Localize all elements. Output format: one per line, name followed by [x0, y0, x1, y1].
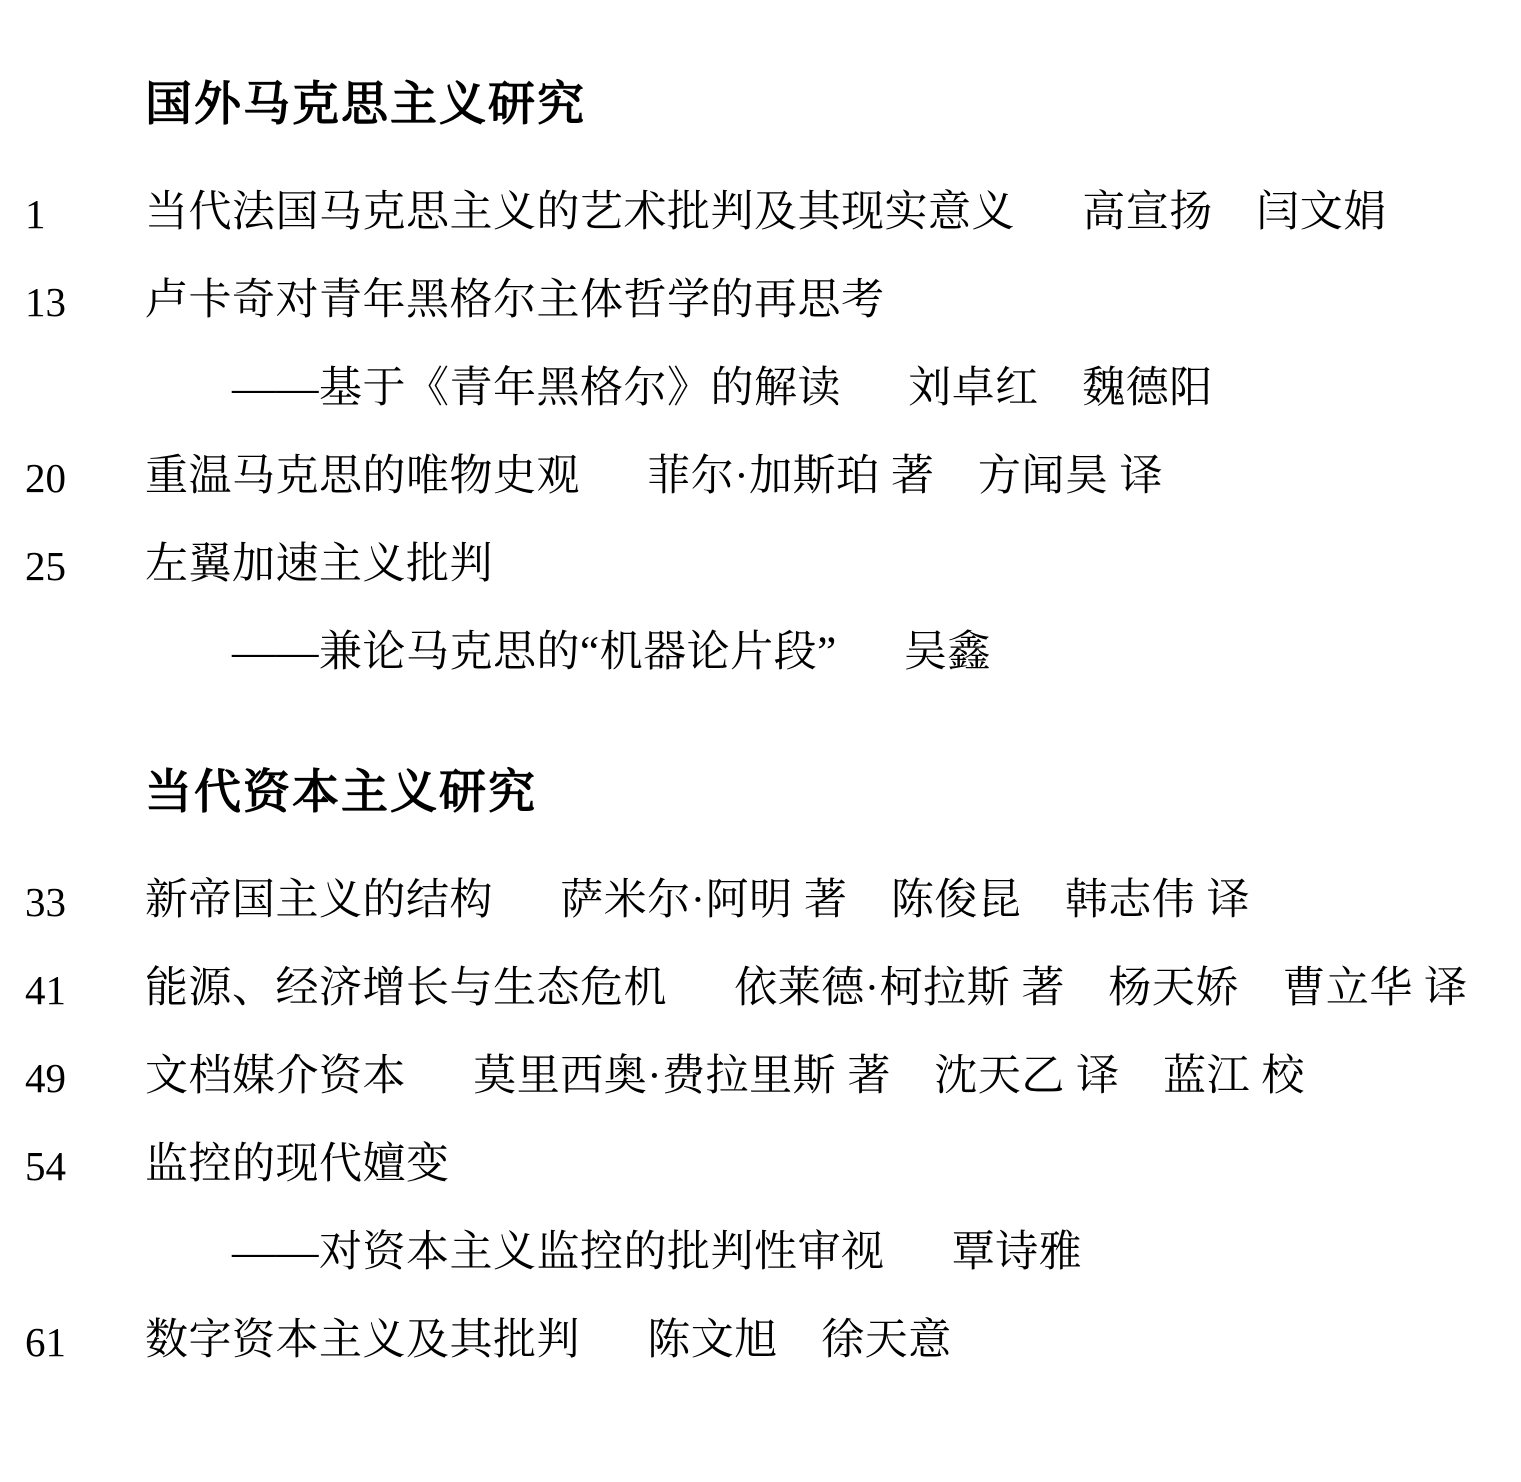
article-authors: 陈文旭 徐天意	[647, 1318, 952, 1364]
article-authors: 莫里西奥·费拉里斯 著 沈天乙 译 蓝江 校	[473, 1054, 1305, 1100]
toc-entry: 1 当代法国马克思主义的艺术批判及其现实意义 高宣扬 闫文娟	[0, 190, 1521, 236]
page-number: 13	[25, 279, 66, 325]
toc-page: 国外马克思主义研究 1 当代法国马克思主义的艺术批判及其现实意义 高宣扬 闫文娟…	[0, 0, 1521, 1482]
section-contemporary-capitalism: 当代资本主义研究 33 新帝国主义的结构 萨米尔·阿明 著 陈俊昆 韩志伟 译 …	[0, 760, 1521, 1364]
article-title: 能源、经济增长与生态危机	[145, 966, 667, 1012]
article-title: 数字资本主义及其批判	[145, 1318, 580, 1364]
page-number: 49	[25, 1055, 66, 1101]
article-authors: 刘卓红 魏德阳	[908, 366, 1213, 412]
article-title: 当代法国马克思主义的艺术批判及其现实意义	[145, 190, 1015, 236]
toc-entry: 61 数字资本主义及其批判 陈文旭 徐天意	[0, 1318, 1521, 1364]
toc-entry: 49 文档媒介资本 莫里西奥·费拉里斯 著 沈天乙 译 蓝江 校	[0, 1054, 1521, 1100]
toc-entry: 25 左翼加速主义批判	[0, 542, 1521, 588]
toc-entry: 13 卢卡奇对青年黑格尔主体哲学的再思考	[0, 278, 1521, 324]
page-number: 61	[25, 1319, 66, 1365]
toc-entry: 33 新帝国主义的结构 萨米尔·阿明 著 陈俊昆 韩志伟 译	[0, 878, 1521, 924]
article-subtitle: ——兼论马克思的“机器论片段”	[232, 630, 837, 676]
page-number: 33	[25, 879, 66, 925]
article-authors: 吴鑫	[904, 630, 991, 676]
section-foreign-marxism: 国外马克思主义研究 1 当代法国马克思主义的艺术批判及其现实意义 高宣扬 闫文娟…	[0, 72, 1521, 676]
article-authors: 覃诗雅	[952, 1230, 1083, 1276]
section-heading: 国外马克思主义研究	[145, 72, 1521, 136]
article-subtitle: ——对资本主义监控的批判性审视	[232, 1230, 885, 1276]
article-authors: 依莱德·柯拉斯 著 杨天娇 曹立华 译	[734, 966, 1467, 1012]
article-title: 文档媒介资本	[145, 1054, 406, 1100]
article-title: 左翼加速主义批判	[145, 542, 493, 588]
article-title: 卢卡奇对青年黑格尔主体哲学的再思考	[145, 278, 885, 324]
article-subtitle: ——基于《青年黑格尔》的解读	[232, 366, 841, 412]
page-number: 25	[25, 543, 66, 589]
toc-entry: 41 能源、经济增长与生态危机 依莱德·柯拉斯 著 杨天娇 曹立华 译	[0, 966, 1521, 1012]
page-number: 20	[25, 455, 66, 501]
article-authors: 菲尔·加斯珀 著 方闻昊 译	[647, 454, 1163, 500]
article-title: 新帝国主义的结构	[145, 878, 493, 924]
article-authors: 萨米尔·阿明 著 陈俊昆 韩志伟 译	[560, 878, 1250, 924]
article-title: 重温马克思的唯物史观	[145, 454, 580, 500]
page-number: 54	[25, 1143, 66, 1189]
toc-entry: 54 监控的现代嬗变	[0, 1142, 1521, 1188]
toc-entry: 20 重温马克思的唯物史观 菲尔·加斯珀 著 方闻昊 译	[0, 454, 1521, 500]
toc-entry-subtitle: ——基于《青年黑格尔》的解读 刘卓红 魏德阳	[0, 366, 1521, 412]
section-heading: 当代资本主义研究	[145, 760, 1521, 824]
toc-entry-subtitle: ——兼论马克思的“机器论片段” 吴鑫	[0, 630, 1521, 676]
page-number: 1	[25, 191, 46, 237]
article-authors: 高宣扬 闫文娟	[1082, 190, 1387, 236]
article-title: 监控的现代嬗变	[145, 1142, 450, 1188]
page-number: 41	[25, 967, 66, 1013]
toc-entry-subtitle: ——对资本主义监控的批判性审视 覃诗雅	[0, 1230, 1521, 1276]
